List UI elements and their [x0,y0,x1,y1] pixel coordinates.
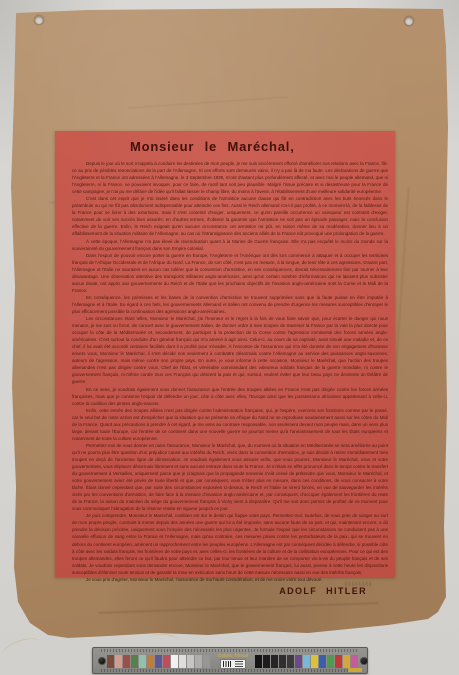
color-patch [187,655,194,668]
color-patch [139,655,146,668]
paper-fiber [0,634,43,663]
poster-paragraph: Je puis comprendre, Monsieur le Maréchal… [72,512,388,575]
color-patch [107,655,114,668]
color-patch [271,655,278,668]
color-patch [335,655,342,668]
fiducial-dot-right [361,658,367,664]
poster-signature: ADOLF HITLER [55,586,395,596]
color-patch [123,655,130,668]
gray-ramp-group [171,655,211,668]
color-patch [179,655,186,668]
color-patch-group-left [107,655,171,668]
fiducial-dot-left [99,658,105,664]
color-patch [171,655,178,668]
poster-paragraph: Dans l'espoir de pouvoir encore porter l… [72,252,388,294]
color-patch [203,655,210,668]
punch-hole-left [35,16,43,24]
color-patch [155,655,162,668]
resolution-bars [223,661,232,667]
poster-paragraph: En ce sens, je voudrais également vous d… [72,386,388,407]
color-patch [319,655,326,668]
color-patch [343,655,350,668]
paper-fiber [149,632,180,647]
color-patch-group-right [295,655,359,668]
calibration-patch-row: Golden Thread [93,653,367,669]
ruler-ticks-bottom [101,669,359,672]
color-patch [327,655,334,668]
poster-paragraph: Je vous prie d'agréer, Monsieur le Maréc… [72,576,388,583]
kraft-paper: Monsieur le Maréchal, Depuis le jour où … [8,7,448,639]
poster: Monsieur le Maréchal, Depuis le jour où … [55,131,395,577]
ruler-ticks-top [101,649,359,652]
color-patch [303,655,310,668]
color-patch [195,655,202,668]
poster-paragraph: C'est dans cet esprit que je n'ai inséré… [72,195,388,237]
color-patch [131,655,138,668]
dark-ramp-group [255,655,295,668]
color-patch [255,655,262,668]
paper-crease [98,602,378,614]
poster-body: Depuis le jour où le sort m'appela à con… [55,160,395,583]
color-patch [115,655,122,668]
poster-paragraph: Les circonstances étant telles, Monsieur… [72,315,388,385]
color-patch [147,655,154,668]
color-patch [263,655,270,668]
poster-paragraph: Enfin, cette entrée des troupes alliées … [72,407,388,442]
paper-crease [128,96,288,108]
color-patch [351,655,358,668]
color-patch [163,655,170,668]
color-patch [295,655,302,668]
target-brand-label: Golden Thread [218,653,248,658]
resolution-target-area: Golden Thread [211,653,255,669]
yellow-id-tag [348,668,362,672]
poster-paragraph: Permettez-moi de vous donner en outre l'… [72,442,388,512]
poster-paragraph: Depuis le jour où le sort m'appela à con… [72,160,388,195]
color-patch [279,655,286,668]
calibration-color-bar: Golden Thread [92,647,368,674]
punch-hole-right [405,17,413,25]
poster-paragraph: En conséquence, les prémisses et les bas… [72,294,388,315]
color-patch [287,655,294,668]
poster-paragraph: À cette époque, l'Allemagne n'a pas élev… [72,238,388,252]
pencil-inscription [345,582,373,586]
poster-title: Monsieur le Maréchal, [130,139,395,154]
color-patch [311,655,318,668]
resolution-grid [235,661,243,667]
resolution-target [220,659,246,669]
